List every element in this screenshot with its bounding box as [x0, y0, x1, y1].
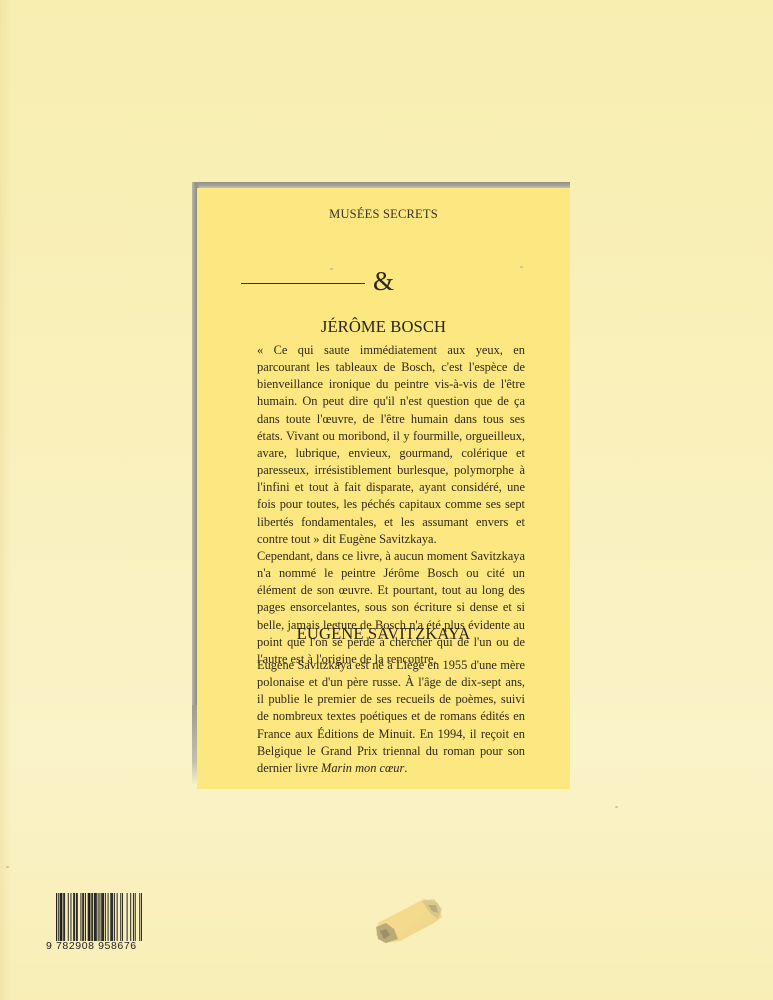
isbn-barcode: 9 782908 958676: [46, 893, 142, 955]
commentary-paragraph: Cependant, dans ce livre, à aucun moment…: [257, 548, 525, 668]
print-speck: [615, 806, 618, 808]
author-bio: Eugène Savitzkaya est né à Liège en 1955…: [257, 657, 525, 777]
back-cover-text-panel: MUSÉES SECRETS & JÉRÔME BOSCH « Ce qui s…: [197, 188, 570, 789]
blurb-text: « Ce qui saute immédiatement aux yeux, e…: [257, 342, 525, 668]
barcode-icon: [56, 893, 142, 941]
tape-remnant-icon: [372, 893, 444, 945]
ampersand: &: [373, 266, 394, 297]
print-speck: [520, 266, 523, 268]
bio-book-title: Marin mon cœur: [321, 761, 404, 775]
print-speck: [330, 268, 333, 270]
cover-edge: [0, 0, 12, 1000]
ampersand-rule: &: [241, 268, 441, 298]
author-heading: EUGÈNE SAVITZKAYA: [197, 624, 570, 644]
isbn-digits: 9 782908 958676: [46, 940, 146, 952]
bio-end: .: [404, 761, 407, 775]
bio-paragraph: Eugène Savitzkaya est né à Liège en 1955…: [257, 657, 525, 777]
subject-heading: JÉRÔME BOSCH: [197, 317, 570, 337]
quote-paragraph: « Ce qui saute immédiatement aux yeux, e…: [257, 342, 525, 548]
rule-line: [241, 283, 365, 284]
series-title: MUSÉES SECRETS: [197, 207, 570, 222]
print-speck: [6, 866, 9, 868]
bio-text: Eugène Savitzkaya est né à Liège en 1955…: [257, 658, 525, 775]
